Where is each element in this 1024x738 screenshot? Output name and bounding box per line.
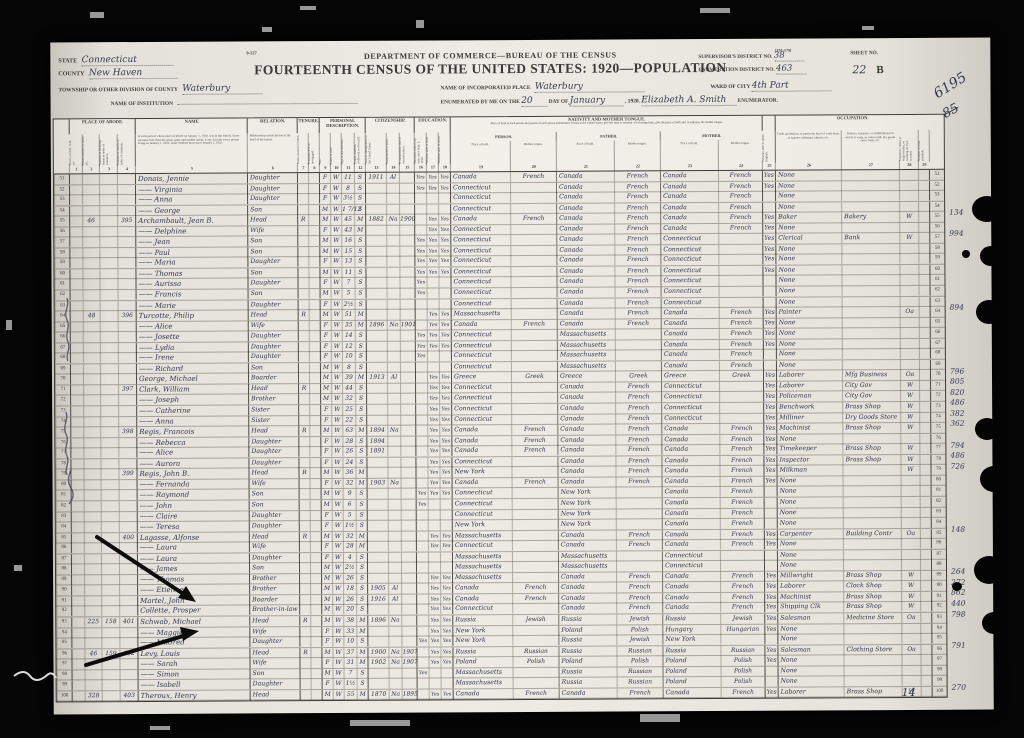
cell-write bbox=[439, 362, 451, 372]
cell-street bbox=[71, 491, 84, 501]
cell-pob_person: Massachusetts bbox=[452, 572, 512, 582]
cell-pob_mother: Canada bbox=[662, 530, 720, 540]
cell-occupation: None bbox=[777, 487, 843, 497]
cell-class bbox=[899, 202, 918, 212]
cell-pob_father: Canada bbox=[558, 572, 616, 582]
cell-mt_person bbox=[511, 287, 557, 297]
cell-nat_year: 1907 bbox=[401, 658, 416, 668]
cell-school bbox=[417, 689, 429, 699]
cell-nat_year bbox=[400, 446, 415, 456]
cell-street bbox=[71, 638, 84, 648]
cell-marital: S bbox=[356, 636, 367, 646]
cell-nat_year bbox=[400, 426, 415, 436]
cell-english: Yes bbox=[762, 234, 775, 244]
cell-family bbox=[120, 680, 138, 690]
cell-house bbox=[83, 459, 100, 469]
cell-school bbox=[415, 362, 427, 372]
cell-dwelling bbox=[100, 427, 118, 437]
cell-mt_father: Jewish bbox=[616, 635, 662, 645]
cell-pob_mother: Canada bbox=[660, 203, 718, 213]
cell-line-no-left: 79 bbox=[55, 470, 70, 480]
cell-pob_mother: Canada bbox=[661, 308, 719, 318]
cell-family bbox=[119, 596, 137, 606]
cell-pob_mother: Connecticut bbox=[661, 403, 719, 413]
cell-english: Yes bbox=[762, 255, 775, 265]
cell-street bbox=[70, 416, 83, 426]
cell-marital: M bbox=[356, 658, 367, 668]
cell-dwelling bbox=[102, 680, 120, 690]
film-speck bbox=[262, 27, 272, 32]
cell-english bbox=[764, 508, 777, 518]
cell-family bbox=[119, 659, 137, 669]
cell-school: Yes bbox=[415, 331, 427, 341]
cell-mt_mother bbox=[719, 413, 763, 423]
cell-line-no-right: 96 bbox=[931, 644, 946, 654]
cell-sex bbox=[308, 215, 319, 225]
cell-relation: Daughter bbox=[248, 437, 298, 447]
cell-imm_year: 1896 bbox=[366, 320, 387, 330]
cell-name: Donais, Jennie bbox=[135, 173, 247, 184]
cell-relation: Daughter bbox=[247, 257, 297, 267]
cell-pob_father: Massachusetts bbox=[557, 330, 615, 340]
cell-imm_year: 1905 bbox=[367, 584, 388, 594]
cell-street bbox=[71, 606, 84, 616]
cell-pob_person: Connecticut bbox=[450, 256, 510, 266]
cell-line-no-right: 60 bbox=[929, 265, 944, 275]
cell-sex: M bbox=[319, 268, 330, 278]
cell-color: W bbox=[331, 352, 342, 362]
cell-marital: M bbox=[355, 468, 366, 478]
cell-imm_year bbox=[366, 394, 387, 404]
cell-imm_year bbox=[365, 183, 386, 193]
cell-name: —— Marie bbox=[136, 300, 248, 311]
cell-pob_father: Massachusetts bbox=[557, 361, 615, 371]
cell-write: Yes bbox=[439, 341, 451, 351]
cell-street bbox=[70, 364, 83, 374]
cell-english: Yes bbox=[762, 213, 775, 223]
cell-pob_mother: Canada bbox=[662, 519, 720, 529]
cell-imm_year bbox=[366, 457, 387, 467]
cell-house bbox=[84, 564, 101, 574]
cell-class: W bbox=[902, 687, 921, 697]
cell-imm_year bbox=[365, 247, 386, 257]
cell-relation: Head bbox=[249, 648, 299, 658]
cell-occupation: Painter bbox=[776, 307, 842, 317]
film-speck bbox=[640, 714, 680, 722]
cell-nat_year bbox=[400, 299, 415, 309]
incorporated-place-line: NAME OF INCORPORATED PLACE Waterbury bbox=[440, 81, 644, 93]
cell-dwelling bbox=[101, 628, 119, 638]
cell-imm_year: 1900 bbox=[367, 647, 388, 657]
cell-school: Yes bbox=[414, 173, 426, 183]
cell-street bbox=[71, 480, 84, 490]
cell-line-no-left: 98 bbox=[57, 670, 72, 680]
cell-age: 32 bbox=[343, 478, 356, 488]
cell-pob_person: Connecticut bbox=[450, 235, 510, 245]
cell-write: Yes bbox=[440, 594, 452, 604]
cell-pob_person: Connecticut bbox=[451, 288, 511, 298]
cell-dwelling bbox=[100, 321, 118, 331]
cell-mt_mother bbox=[719, 392, 763, 402]
cell-sex bbox=[308, 257, 319, 267]
cell-color: W bbox=[333, 679, 344, 689]
cell-line-no-right: 68 bbox=[930, 349, 945, 359]
cell-color: W bbox=[332, 637, 343, 647]
cell-dwelling bbox=[101, 501, 119, 511]
cell-class bbox=[899, 244, 918, 254]
cell-margin_code bbox=[919, 339, 930, 349]
cell-name: —— Lydia bbox=[136, 342, 248, 353]
cell-pob_father: Russia bbox=[558, 614, 616, 624]
cell-name: —— Mildred bbox=[137, 637, 249, 648]
cell-pob_father: Canada bbox=[557, 404, 615, 414]
column-number: 2 bbox=[82, 164, 100, 173]
cell-nat_year bbox=[400, 362, 415, 372]
cell-english bbox=[764, 550, 777, 560]
cell-margin_code bbox=[919, 412, 930, 422]
cell-pob_mother: Hungary bbox=[662, 624, 720, 634]
cell-school bbox=[416, 573, 428, 583]
cell-school bbox=[414, 215, 426, 225]
cell-school bbox=[415, 446, 427, 456]
cell-marital: S bbox=[355, 383, 366, 393]
cell-street bbox=[69, 280, 82, 290]
cell-nat_year bbox=[401, 552, 416, 562]
cell-sex: F bbox=[320, 405, 331, 415]
cell-line-no-left: 74 bbox=[55, 417, 70, 427]
cell-mt_person bbox=[510, 277, 556, 287]
cell-house bbox=[83, 301, 100, 311]
column-label: Number of family in order of visitation. bbox=[117, 134, 136, 166]
cell-pob_father: Canada bbox=[556, 203, 614, 213]
cell-margin_code bbox=[920, 497, 931, 507]
cell-pob_father: Canada bbox=[557, 298, 615, 308]
cell-english: Yes bbox=[762, 181, 775, 191]
cell-street bbox=[71, 554, 84, 564]
cell-pob_mother: Canada bbox=[662, 582, 720, 592]
cell-line-no-right: 89 bbox=[931, 570, 946, 580]
township-line: TOWNSHIP OR OTHER DIVISION OF COUNTY Wat… bbox=[58, 83, 262, 95]
cell-tenure bbox=[299, 521, 310, 531]
cell-nat bbox=[389, 679, 402, 689]
cell-family bbox=[118, 416, 136, 426]
cell-read: Yes bbox=[428, 647, 440, 657]
cell-relation: Wife bbox=[249, 627, 299, 637]
cell-street bbox=[70, 459, 83, 469]
cell-house bbox=[83, 343, 100, 353]
cell-age: 8 bbox=[341, 183, 354, 193]
cell-line-no-left: 73 bbox=[55, 406, 70, 416]
cell-dwelling bbox=[100, 385, 118, 395]
cell-family bbox=[117, 185, 135, 195]
cell-mt_person: French bbox=[512, 594, 558, 604]
film-speck bbox=[700, 8, 730, 13]
cell-family bbox=[118, 396, 136, 406]
cell-age: 32 bbox=[342, 394, 355, 404]
cell-school bbox=[415, 405, 427, 415]
cell-mt_father: French bbox=[615, 393, 661, 403]
cell-english bbox=[763, 286, 776, 296]
cell-sex bbox=[310, 553, 321, 563]
cell-pob_person: Canada bbox=[452, 583, 512, 593]
sheet-value: 22 B bbox=[852, 60, 883, 78]
cell-relation: Daughter bbox=[247, 184, 297, 194]
cell-marital: S bbox=[355, 436, 366, 446]
cell-name: —— Laura bbox=[137, 553, 249, 564]
cell-imm_year bbox=[367, 552, 388, 562]
cell-dwelling bbox=[100, 301, 118, 311]
cell-street bbox=[71, 628, 84, 638]
cell-write: Yes bbox=[439, 331, 451, 341]
cell-sex bbox=[309, 373, 320, 383]
cell-mt_father: French bbox=[614, 224, 660, 234]
cell-mt_mother: French bbox=[719, 318, 763, 328]
cell-margin_code bbox=[919, 285, 930, 295]
cell-mt_person bbox=[511, 309, 557, 319]
cell-tenure bbox=[299, 573, 310, 583]
cell-occupation: Machinist bbox=[776, 423, 842, 433]
cell-industry: Brass Shop bbox=[843, 592, 901, 602]
cell-pob_person: Connecticut bbox=[450, 246, 510, 256]
ward-label: WARD OF CITY bbox=[710, 84, 750, 90]
cell-english bbox=[763, 361, 776, 371]
cell-line-no-left: 67 bbox=[55, 343, 70, 353]
cell-marital: S bbox=[356, 573, 367, 583]
cell-sex: F bbox=[319, 257, 330, 267]
cell-industry bbox=[843, 507, 901, 517]
cell-color: W bbox=[330, 236, 341, 246]
cell-tenure bbox=[297, 236, 308, 246]
cell-name: —— Josette bbox=[136, 332, 248, 343]
cell-sex bbox=[310, 584, 321, 594]
cell-mt_father: French bbox=[614, 277, 660, 287]
cell-imm_year bbox=[367, 605, 388, 615]
cell-family: 400 bbox=[119, 533, 137, 543]
cell-name: —— Irene bbox=[136, 352, 248, 363]
cell-margin_code bbox=[919, 307, 930, 317]
cell-tenure: R bbox=[298, 468, 309, 478]
cell-sex bbox=[310, 658, 321, 668]
cell-dwelling bbox=[100, 364, 118, 374]
cell-school bbox=[417, 679, 429, 689]
cell-line-no-right: 79 bbox=[930, 465, 945, 475]
cell-color: W bbox=[331, 342, 342, 352]
cell-house bbox=[84, 511, 101, 521]
cell-industry bbox=[842, 349, 900, 359]
cell-school: Yes bbox=[417, 668, 429, 678]
cell-write: Yes bbox=[440, 489, 452, 499]
cell-pob_father: Canada bbox=[557, 319, 615, 329]
cell-write bbox=[439, 288, 451, 298]
cell-mt_person bbox=[512, 520, 558, 530]
cell-mt_mother: Polish bbox=[721, 666, 765, 676]
cell-read: Yes bbox=[427, 341, 439, 351]
cell-occupation: Laborer bbox=[778, 687, 844, 697]
ed-no: 463 bbox=[776, 64, 792, 74]
cell-mt_father bbox=[616, 519, 662, 529]
cell-margin_code bbox=[919, 434, 930, 444]
cell-read: Yes bbox=[428, 604, 440, 614]
cell-mt_person bbox=[511, 414, 557, 424]
cell-house bbox=[84, 638, 101, 648]
cell-read: Yes bbox=[427, 446, 439, 456]
cell-read bbox=[427, 351, 439, 361]
cell-mt_mother: French bbox=[718, 223, 762, 233]
supervisor-no: 38 bbox=[774, 51, 785, 61]
cell-family: 398 bbox=[118, 427, 136, 437]
cell-street bbox=[71, 543, 84, 553]
cell-industry bbox=[842, 434, 900, 444]
cell-occupation: None bbox=[775, 223, 841, 233]
cell-mt_mother: Polish bbox=[721, 677, 765, 687]
cell-mt_father: French bbox=[616, 603, 662, 613]
cell-read: Yes bbox=[426, 236, 438, 246]
cell-industry bbox=[841, 170, 899, 180]
cell-imm_year: 1894 bbox=[366, 426, 387, 436]
cell-pob_father: Canada bbox=[556, 182, 614, 192]
cell-write bbox=[438, 193, 450, 203]
cell-write: Yes bbox=[439, 446, 451, 456]
cell-age: 10 bbox=[342, 352, 355, 362]
cell-occupation: None bbox=[777, 550, 843, 560]
cell-mt_father bbox=[615, 350, 661, 360]
cell-mt_person: French bbox=[511, 446, 557, 456]
cell-relation: Son bbox=[249, 563, 299, 573]
cell-name: Regis, Francois bbox=[136, 427, 248, 438]
cell-pob_father: Canada bbox=[556, 235, 614, 245]
cell-class bbox=[900, 328, 919, 338]
cell-mt_mother bbox=[718, 276, 762, 286]
cell-school bbox=[416, 594, 428, 604]
film-speck bbox=[862, 26, 874, 30]
cell-margin_code bbox=[920, 518, 931, 528]
cell-mt_mother: French bbox=[719, 466, 763, 476]
cell-school bbox=[415, 415, 427, 425]
cell-family bbox=[120, 669, 138, 679]
cell-house: 46 bbox=[84, 649, 101, 659]
cell-write: Yes bbox=[439, 415, 451, 425]
cell-age: 51 bbox=[342, 310, 355, 320]
cell-read: Yes bbox=[426, 172, 438, 182]
cell-industry bbox=[842, 317, 900, 327]
cell-relation: Daughter bbox=[247, 173, 297, 183]
cell-tenure bbox=[299, 605, 310, 615]
cell-industry bbox=[841, 275, 899, 285]
cell-pob_father: New York bbox=[558, 488, 616, 498]
cell-house bbox=[84, 501, 101, 511]
cell-family bbox=[118, 374, 136, 384]
cell-mt_father: Polish bbox=[616, 656, 662, 666]
cell-margin_code bbox=[919, 423, 930, 433]
cell-mt_person bbox=[512, 541, 558, 551]
cell-sex bbox=[309, 342, 320, 352]
cell-mt_father: French bbox=[616, 530, 662, 540]
cell-write: Yes bbox=[440, 584, 452, 594]
cell-write bbox=[440, 509, 452, 519]
cell-color: W bbox=[331, 437, 342, 447]
cell-nat bbox=[388, 636, 401, 646]
cell-english: Yes bbox=[763, 308, 776, 318]
census-scan: 9-127 [191-579] DEPARTMENT OF COMMERCE—B… bbox=[0, 0, 1024, 738]
cell-tenure bbox=[299, 542, 310, 552]
cell-class: W bbox=[900, 391, 919, 401]
cell-mt_person: French bbox=[510, 214, 556, 224]
cell-margin_code bbox=[919, 455, 930, 465]
enumeration-month: January bbox=[570, 96, 605, 106]
cell-line-no-right: 90 bbox=[931, 581, 946, 591]
cell-age: 20 bbox=[343, 605, 356, 615]
cell-write: Yes bbox=[438, 225, 450, 235]
cell-mt_father bbox=[615, 340, 661, 350]
cell-english: Yes bbox=[765, 687, 778, 697]
cell-mt_person bbox=[512, 625, 558, 635]
cell-name: —— Teresa bbox=[137, 521, 249, 532]
cell-street bbox=[72, 670, 85, 680]
cell-street bbox=[72, 681, 85, 691]
cell-nat bbox=[387, 415, 400, 425]
cell-read: Yes bbox=[429, 689, 441, 699]
cell-industry: Mfg Business bbox=[842, 370, 900, 380]
cell-english bbox=[762, 191, 775, 201]
margin-code: 486 bbox=[950, 398, 964, 407]
cell-occupation: None bbox=[775, 265, 841, 275]
cell-nat_year bbox=[399, 173, 414, 183]
cell-class: W bbox=[901, 581, 920, 591]
cell-imm_year bbox=[365, 236, 386, 246]
cell-industry bbox=[842, 297, 900, 307]
cell-pob_person: Connecticut bbox=[451, 341, 511, 351]
cell-street bbox=[69, 238, 82, 248]
cell-pob_person: Canada bbox=[451, 425, 511, 435]
cell-line-no-left: 51 bbox=[54, 174, 69, 184]
cell-nat bbox=[388, 563, 401, 573]
cell-dwelling bbox=[99, 248, 117, 258]
cell-occupation: Millwright bbox=[777, 571, 843, 581]
cell-read bbox=[426, 204, 438, 214]
cell-read bbox=[429, 668, 441, 678]
cell-age: 1 7/12 bbox=[341, 205, 354, 215]
cell-sex bbox=[308, 184, 319, 194]
cell-occupation: Inspector bbox=[776, 455, 842, 465]
cell-write: Yes bbox=[440, 531, 452, 541]
cell-mt_father: French bbox=[616, 572, 662, 582]
cell-write: Yes bbox=[439, 320, 451, 330]
cell-pob_mother: Canada bbox=[662, 571, 720, 581]
cell-pob_person: Connecticut bbox=[451, 383, 511, 393]
cell-age: 25 bbox=[342, 405, 355, 415]
cell-english: Yes bbox=[764, 582, 777, 592]
cell-line-no-right: 63 bbox=[930, 296, 945, 306]
cell-age: 16 bbox=[341, 236, 354, 246]
cell-write: Yes bbox=[440, 615, 452, 625]
margin-code: 994 bbox=[949, 229, 963, 238]
cell-marital: S bbox=[355, 458, 366, 468]
column-label: Place of birth. bbox=[660, 140, 718, 161]
cell-english bbox=[764, 634, 777, 644]
cell-margin_code bbox=[918, 212, 929, 222]
cell-sex: M bbox=[320, 426, 331, 436]
cell-house bbox=[84, 522, 101, 532]
cell-line-no-right: 99 bbox=[932, 676, 947, 686]
cell-color: W bbox=[332, 500, 343, 510]
cell-nat_year bbox=[400, 394, 415, 404]
cell-margin_code bbox=[921, 676, 932, 686]
cell-pob_mother: Connecticut bbox=[662, 561, 720, 571]
cell-mt_person bbox=[510, 182, 556, 192]
cell-color: W bbox=[332, 489, 343, 499]
cell-name: —— Claire bbox=[137, 511, 249, 522]
cell-age: 9 bbox=[343, 489, 356, 499]
